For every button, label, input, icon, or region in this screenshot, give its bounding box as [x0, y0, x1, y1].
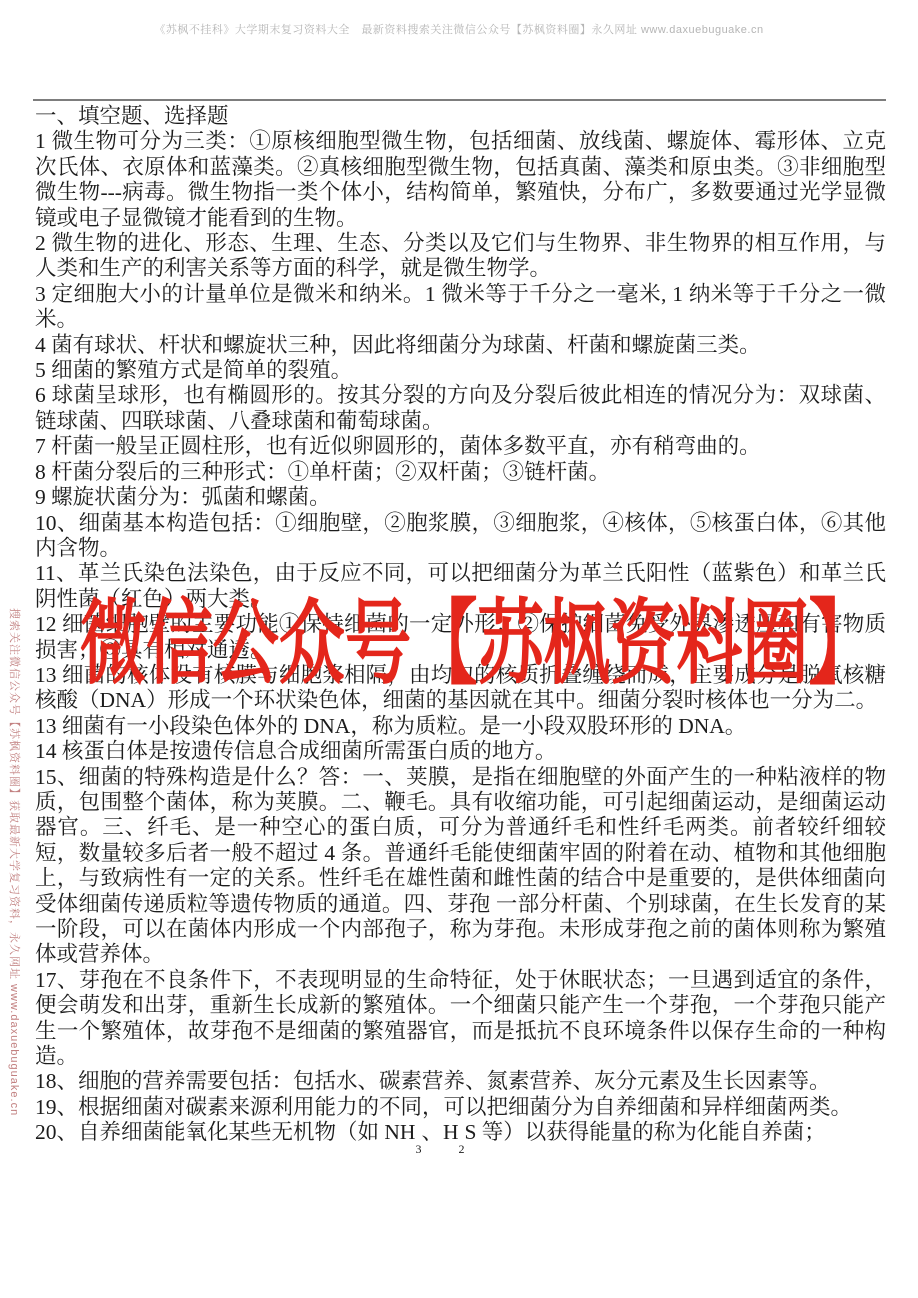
paragraph: 2 微生物的进化、形态、生理、生态、分类以及它们与生物界、非生物界的相互作用，与…: [35, 231, 886, 282]
paragraph-text: 20、自养细菌能氧化某些无机物（如 NH: [35, 1120, 415, 1144]
paragraph-text: 4 菌有球状、杆状和螺旋状三种，因此将细菌分为球菌、杆菌和螺旋菌三类。: [35, 333, 761, 357]
paragraph-text: 2 微生物的进化、形态、生理、生态、分类以及它们与生物界、非生物界的相互作用，与…: [35, 231, 886, 280]
paragraph-text: 18、细胞的营养需要包括：包括水、碳素营养、氮素营养、灰分元素及生长因素等。: [35, 1069, 831, 1093]
paragraph: 6 球菌呈球形，也有椭圆形的。按其分裂的方向及分裂后彼此相连的情况分为：双球菌、…: [35, 383, 886, 434]
paragraph-text: 12 细菌细胞壁的主要功能①保持细菌的一定外形；②保护细菌免受外界渗透压和有害物…: [35, 612, 886, 661]
paragraph: 12 细菌细胞壁的主要功能①保持细菌的一定外形；②保护细菌免受外界渗透压和有害物…: [35, 612, 886, 663]
paragraph-text: 9 螺旋状菌分为：弧菌和螺菌。: [35, 485, 331, 509]
paragraph: 18、细胞的营养需要包括：包括水、碳素营养、氮素营养、灰分元素及生长因素等。: [35, 1069, 886, 1094]
paragraph: 11、革兰氏染色法染色，由于反应不同，可以把细菌分为革兰氏阳性（蓝紫色）和革兰氏…: [35, 561, 886, 612]
paragraph-text: 15、细菌的特殊构造是什么？答：一、荚膜，是指在细胞壁的外面产生的一种粘液样的物…: [35, 765, 886, 967]
paragraph-text: 13 细菌有一小段染色体外的 DNA，称为质粒。是一小段双股环形的 DNA。: [35, 714, 746, 738]
document-body: 一、填空题、选择题 1 微生物可分为三类：①原核细胞型微生物，包括细菌、放线菌、…: [35, 104, 886, 1146]
paragraph-text: 17、芽孢在不良条件下，不表现明显的生命特征，处于休眠状态；一旦遇到适宜的条件，…: [35, 968, 886, 1068]
paragraph: 4 菌有球状、杆状和螺旋状三种，因此将细菌分为球菌、杆菌和螺旋菌三类。: [35, 333, 886, 358]
paragraph-text: 10、细菌基本构造包括：①细胞壁，②胞浆膜，③细胞浆，④核体，⑤核蛋白体，⑥其他…: [35, 511, 886, 560]
paragraph: 15、细菌的特殊构造是什么？答：一、荚膜，是指在细胞壁的外面产生的一种粘液样的物…: [35, 765, 886, 968]
paragraph-text: 11、革兰氏染色法染色，由于反应不同，可以把细菌分为革兰氏阳性（蓝紫色）和革兰氏…: [35, 561, 886, 610]
paragraph: 8 杆菌分裂后的三种形式：①单杆菌；②双杆菌；③链杆菌。: [35, 460, 886, 485]
paragraph: 9 螺旋状菌分为：弧菌和螺菌。: [35, 485, 886, 510]
paragraph: 19、根据细菌对碳素来源利用能力的不同，可以把细菌分为自养细菌和异样细菌两类。: [35, 1095, 886, 1120]
paragraph-text: 1 微生物可分为三类：①原核细胞型微生物，包括细菌、放线菌、螺旋体、霉形体、立克…: [35, 129, 886, 229]
header-divider-line: [33, 99, 886, 101]
paragraph: 1 微生物可分为三类：①原核细胞型微生物，包括细菌、放线菌、螺旋体、霉形体、立克…: [35, 129, 886, 231]
paragraph-text: 6 球菌呈球形，也有椭圆形的。按其分裂的方向及分裂后彼此相连的情况分为：双球菌、…: [35, 383, 886, 432]
paragraph: 20、自养细菌能氧化某些无机物（如 NH3、H2S 等）以获得能量的称为化能自养…: [35, 1120, 886, 1145]
page-header-text: 《苏枫不挂科》大学期末复习资料大全 最新资料搜索关注微信公众号【苏枫资料圈】永久…: [0, 21, 918, 37]
paragraph-text: 7 杆菌一般呈正圆柱形，也有近似卵圆形的，菌体多数平直，亦有稍弯曲的。: [35, 434, 761, 458]
paragraph: 14 核蛋白体是按遗传信息合成细菌所需蛋白质的地方。: [35, 739, 886, 764]
paragraph: 7 杆菌一般呈正圆柱形，也有近似卵圆形的，菌体多数平直，亦有稍弯曲的。: [35, 434, 886, 459]
section-title: 一、填空题、选择题: [35, 104, 886, 129]
subscript-text: 3: [415, 1142, 421, 1156]
paragraph: 13 细菌的核体没有核膜与细胞浆相隔，由均匀的核质折叠缠绕而成，主要成分是脱氧核…: [35, 663, 886, 714]
paragraph: 5 细菌的繁殖方式是简单的裂殖。: [35, 358, 886, 383]
paragraph-text: 、H: [421, 1120, 458, 1144]
paragraph-text: 14 核蛋白体是按遗传信息合成细菌所需蛋白质的地方。: [35, 739, 556, 763]
paragraph-text: 3 定细胞大小的计量单位是微米和纳米。1 微米等于千分之一毫米, 1 纳米等于千…: [35, 282, 886, 331]
paragraph: 10、细菌基本构造包括：①细胞壁，②胞浆膜，③细胞浆，④核体，⑤核蛋白体，⑥其他…: [35, 511, 886, 562]
paragraph: 3 定细胞大小的计量单位是微米和纳米。1 微米等于千分之一毫米, 1 纳米等于千…: [35, 282, 886, 333]
subscript-text: 2: [458, 1142, 464, 1156]
paragraph-text: 13 细菌的核体没有核膜与细胞浆相隔，由均匀的核质折叠缠绕而成，主要成分是脱氧核…: [35, 663, 886, 712]
paragraph-text: S 等）以获得能量的称为化能自养菌；: [464, 1120, 825, 1144]
paragraph-text: 19、根据细菌对碳素来源利用能力的不同，可以把细菌分为自养细菌和异样细菌两类。: [35, 1095, 852, 1119]
paragraph-text: 8 杆菌分裂后的三种形式：①单杆菌；②双杆菌；③链杆菌。: [35, 460, 610, 484]
paragraph: 13 细菌有一小段染色体外的 DNA，称为质粒。是一小段双股环形的 DNA。: [35, 714, 886, 739]
paragraph-text: 5 细菌的繁殖方式是简单的裂殖。: [35, 358, 352, 382]
left-vertical-watermark-text: 搜索关注微信公众号【苏枫资料圈】获取最新大学复习资料，永久网址 www.daxu…: [7, 608, 23, 1116]
paragraph: 17、芽孢在不良条件下，不表现明显的生命特征，处于休眠状态；一旦遇到适宜的条件，…: [35, 968, 886, 1070]
